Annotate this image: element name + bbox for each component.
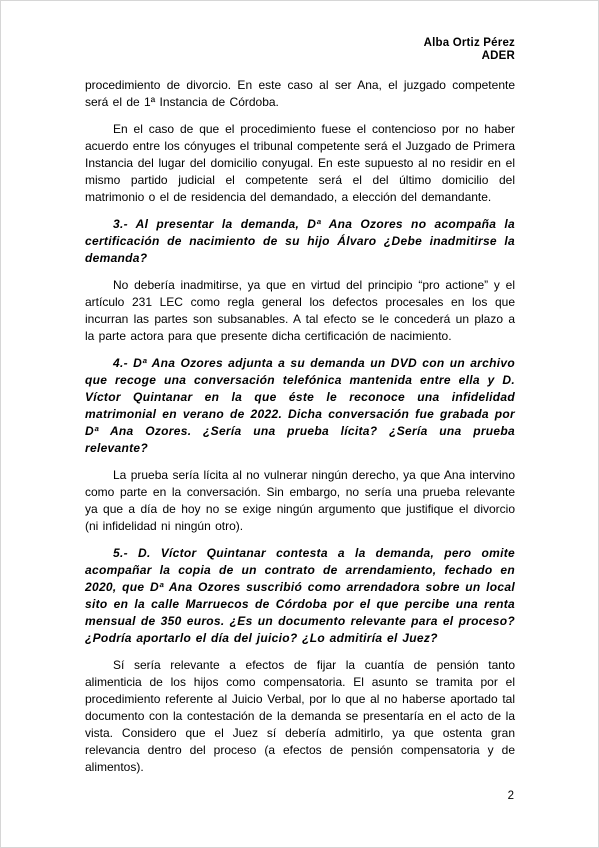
paragraph-continuation: procedimiento de divorcio. En este caso … bbox=[85, 77, 515, 111]
author-name: Alba Ortiz Pérez bbox=[85, 37, 515, 50]
paragraph-competence-answer: En el caso de que el procedimiento fuese… bbox=[85, 121, 515, 206]
document-footer: 2 bbox=[508, 789, 514, 803]
question-3: 3.- Al presentar la demanda, Dª Ana Ozor… bbox=[85, 216, 515, 267]
answer-4: La prueba sería lícita al no vulnerar ni… bbox=[85, 467, 515, 535]
document-body: procedimiento de divorcio. En este caso … bbox=[85, 77, 515, 776]
question-4: 4.- Dª Ana Ozores adjunta a su demanda u… bbox=[85, 355, 515, 457]
page-number: 2 bbox=[508, 790, 514, 802]
organization-name: ADER bbox=[85, 50, 515, 63]
question-5: 5.- D. Víctor Quintanar contesta a la de… bbox=[85, 545, 515, 647]
document-header: Alba Ortiz Pérez ADER bbox=[85, 37, 515, 62]
answer-3: No debería inadmitirse, ya que en virtud… bbox=[85, 277, 515, 345]
answer-5: Sí sería relevante a efectos de fijar la… bbox=[85, 657, 515, 776]
document-page: Alba Ortiz Pérez ADER procedimiento de d… bbox=[0, 0, 599, 848]
